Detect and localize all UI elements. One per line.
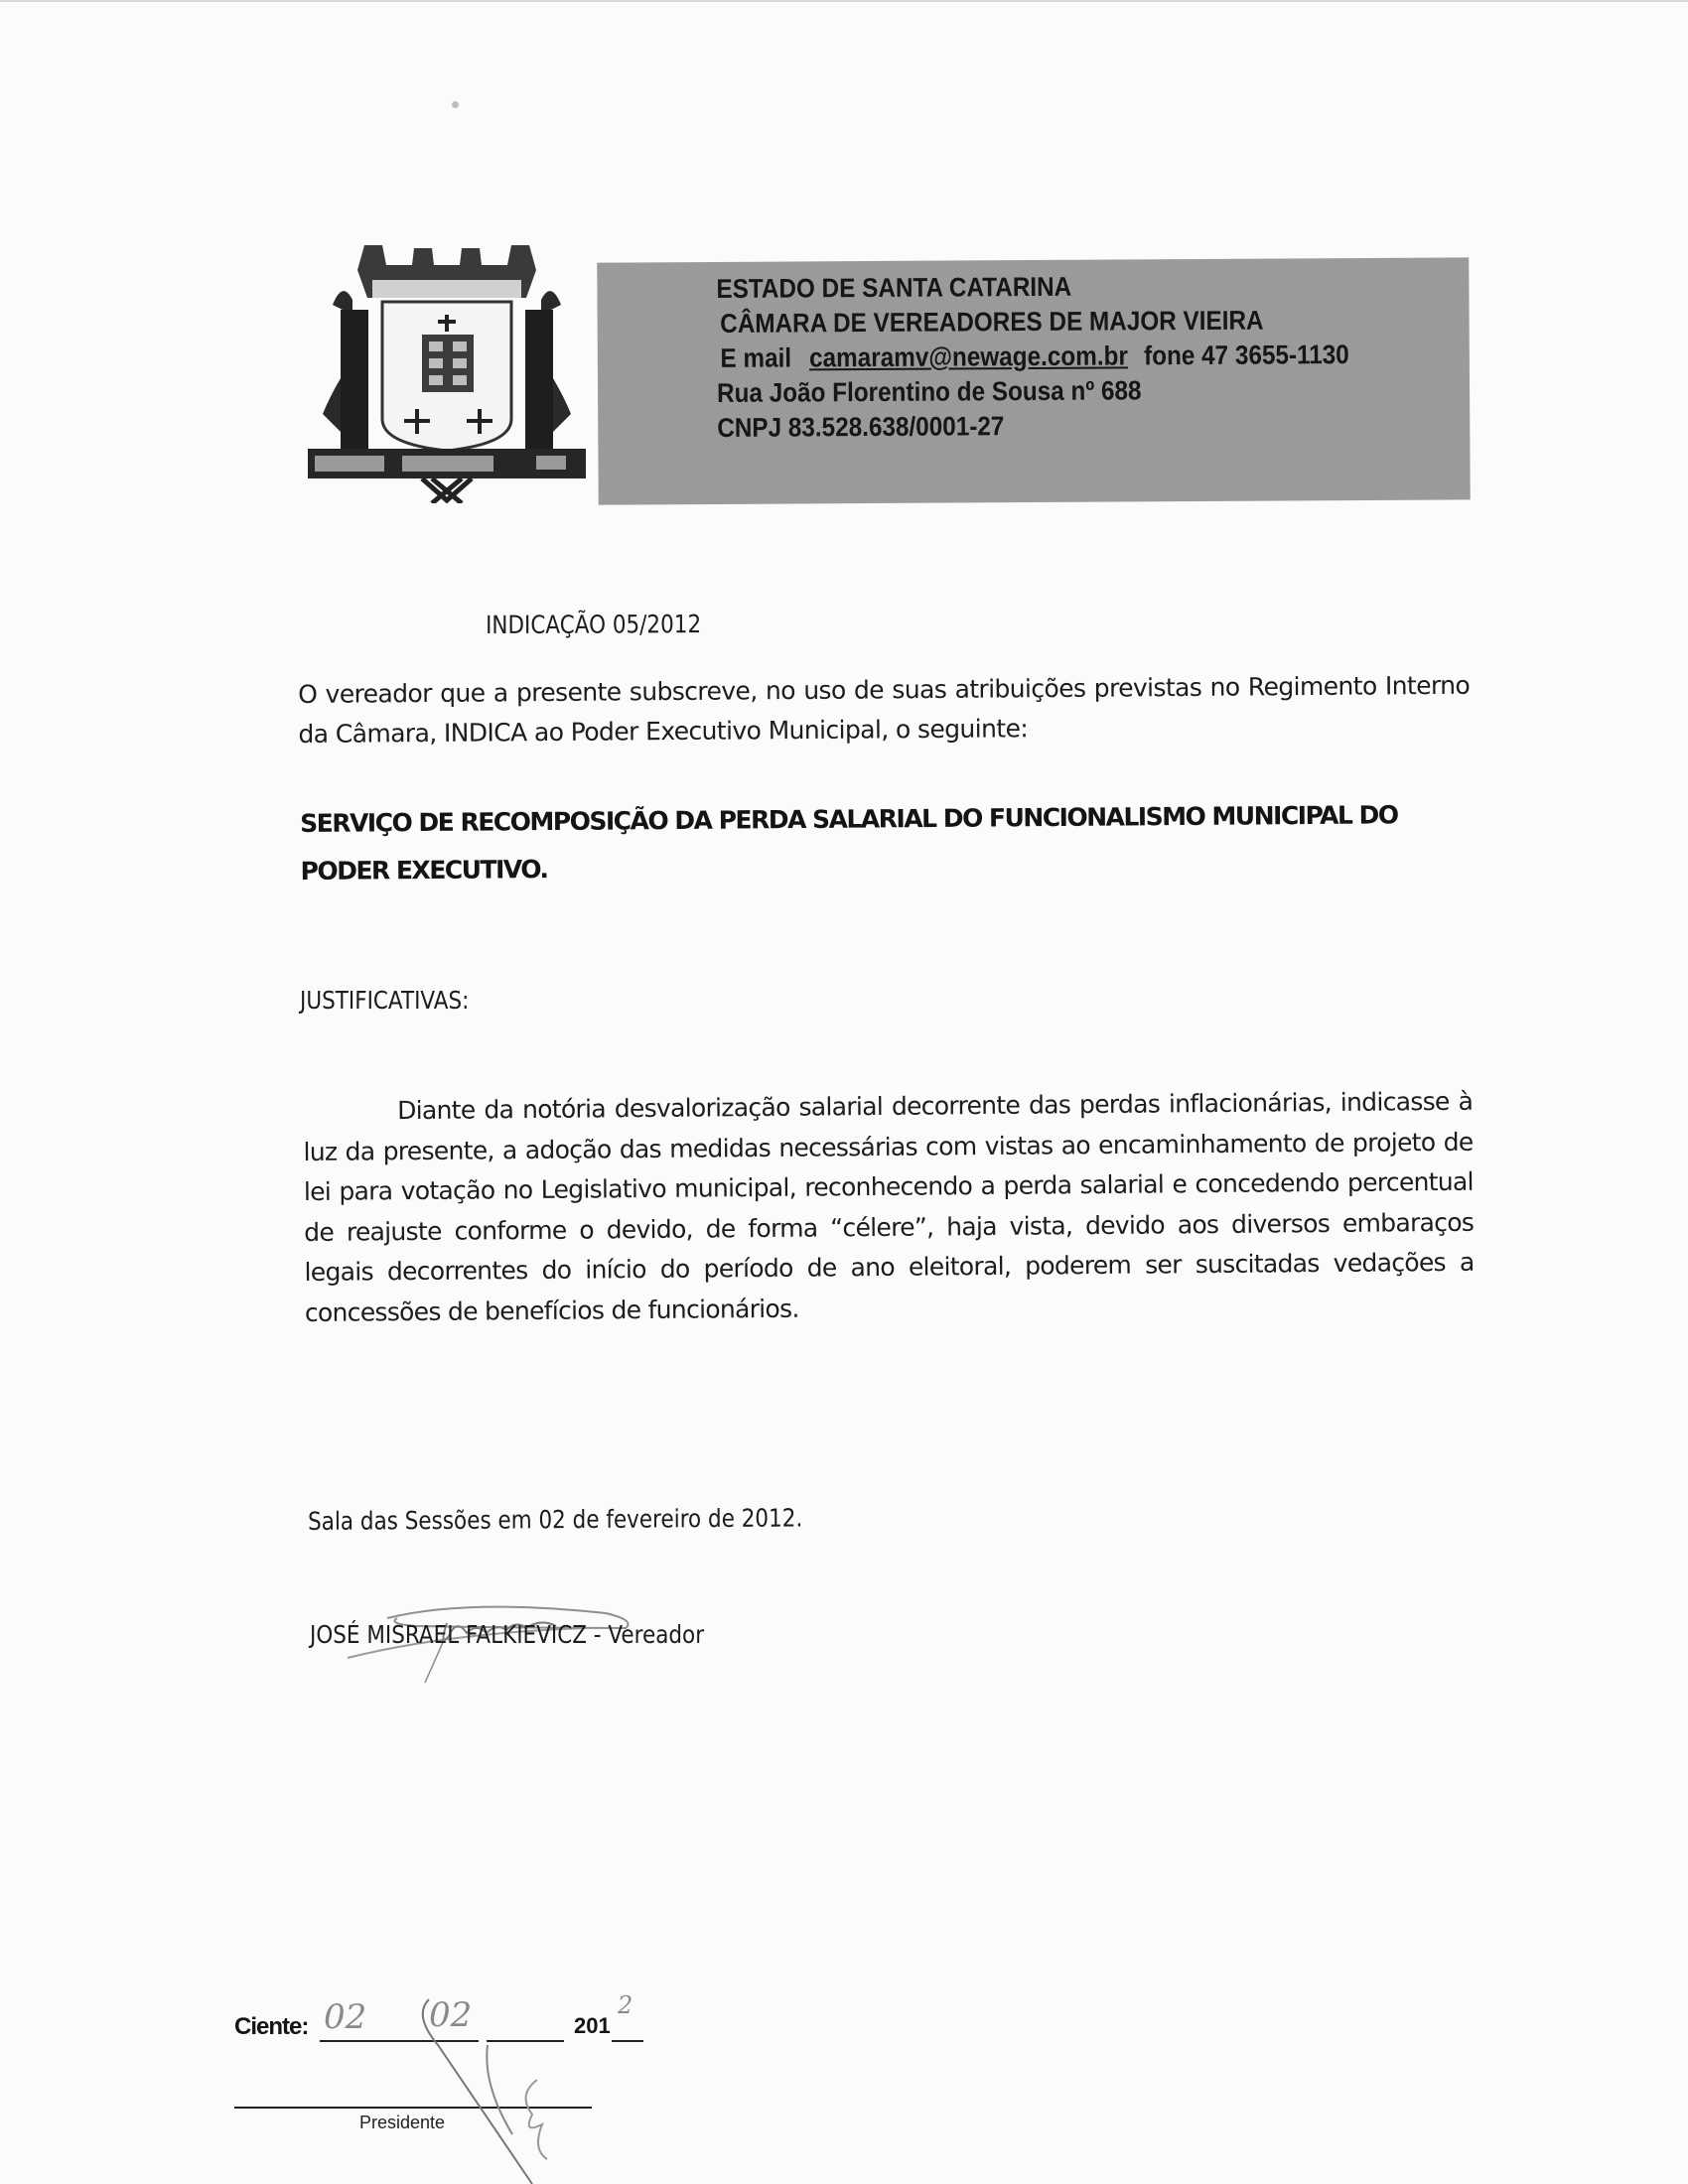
place-date: Sala das Sessões em 02 de fevereiro de 2… [308,1503,802,1536]
state-name: ESTADO DE SANTA CATARINA [716,268,1348,307]
scan-speck [452,101,459,108]
scan-edge [0,0,1688,2]
coat-of-arms-icon [303,240,591,503]
document-number: INDICAÇÃO 05/2012 [486,610,701,639]
president-signature-icon [234,1985,651,2184]
letterhead-box: ESTADO DE SANTA CATARINA CÂMARA DE VEREA… [597,257,1470,504]
cnpj: CNPJ 83.528.638/0001-27 [717,407,1349,446]
chamber-name: CÂMARA DE VEREADORES DE MAJOR VIEIRA [717,303,1349,341]
subject-heading: SERVIÇO DE RECOMPOSIÇÃO DA PERDA SALARIA… [300,791,1473,895]
letterhead-text: ESTADO DE SANTA CATARINA CÂMARA DE VEREA… [716,268,1349,446]
intro-paragraph: O vereador que a presente subscreve, no … [298,666,1471,754]
justification-paragraph: Diante da notória desvalorização salaria… [303,1082,1475,1333]
justification-heading: JUSTIFICATIVAS: [300,986,469,1015]
email-link[interactable]: camaramv@newage.com.br [809,341,1128,372]
contact-line: E mailcamaramv@newage.com.brfone 47 3655… [717,338,1349,376]
email-label: E mail [720,342,791,372]
phone: fone 47 3655-1130 [1144,340,1349,370]
address: Rua João Florentino de Sousa nº 688 [717,372,1349,411]
signer-name: JOSÉ MISRAEL FALKIEVICZ - Vereador [310,1620,704,1649]
acknowledgment-block: Ciente: 201 02 02 2 Presidente [234,1985,651,2184]
